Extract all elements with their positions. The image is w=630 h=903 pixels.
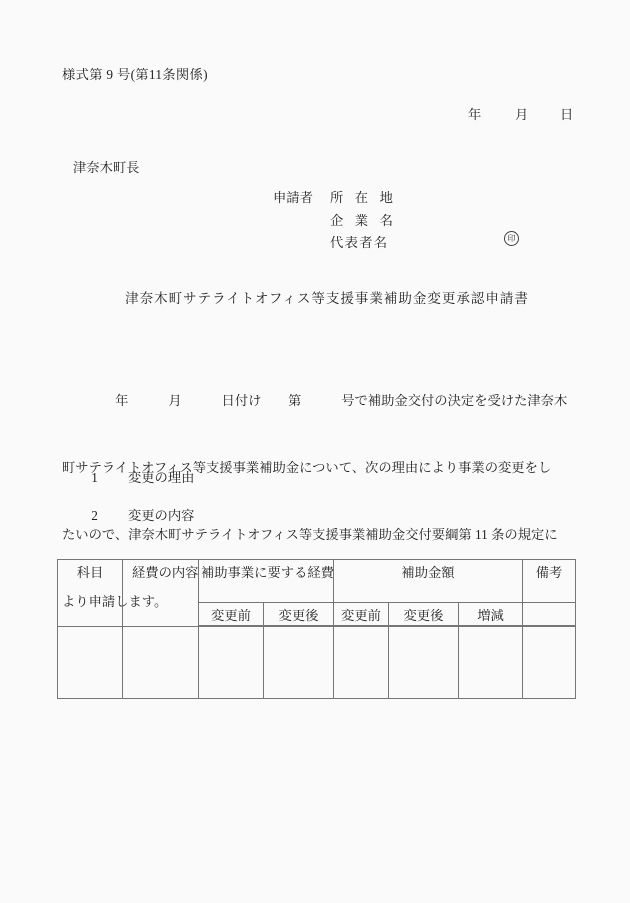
header-cost-after: 変更後 xyxy=(264,603,334,627)
applicant-address-label: 所在地 xyxy=(330,187,404,206)
item-label: 変更の内容 xyxy=(128,508,194,523)
document-page: 様式第 9 号(第11条関係) 年 月 日 津奈木町長 申請者 所在地 企業名 … xyxy=(0,0,630,903)
header-expense-detail: 経費の内容 xyxy=(123,560,199,627)
cell-amount-before xyxy=(334,626,389,699)
applicant-representative-label: 代表者名 xyxy=(330,232,388,251)
cell-subject xyxy=(58,626,123,699)
seal-mark-text: 印 xyxy=(508,235,516,243)
document-title: 津奈木町サテライトオフィス等支援事業補助金変更承認申請書 xyxy=(62,287,592,307)
applicant-label: 申請者 xyxy=(273,187,313,206)
changes-table: 科目 経費の内容 補助事業に要する経費 補助金額 備考 変更前 変更後 変更前 … xyxy=(57,559,576,699)
header-subject: 科目 xyxy=(58,560,123,627)
header-subsidy-amount: 補助金額 xyxy=(334,560,523,603)
date-day-label: 日 xyxy=(560,104,573,123)
date-month-label: 月 xyxy=(515,104,528,123)
cell-amount-after xyxy=(389,626,459,699)
table-row xyxy=(58,626,576,699)
form-number-label: 様式第 9 号(第11条関係) xyxy=(62,64,208,83)
header-project-cost: 補助事業に要する経費 xyxy=(199,560,334,603)
body-line: 年 月 日付け 第 号で補助金交付の決定を受けた津奈木 xyxy=(62,390,576,412)
item-number: 2 xyxy=(91,508,98,523)
cell-cost-before xyxy=(199,626,264,699)
header-remarks: 備考 xyxy=(523,560,576,603)
addressee-label: 津奈木町長 xyxy=(73,157,139,176)
header-cost-before: 変更前 xyxy=(199,603,264,627)
cell-expense-detail xyxy=(123,626,199,699)
date-year-label: 年 xyxy=(468,104,481,123)
header-delta: 増減 xyxy=(459,603,523,627)
header-amount-before: 変更前 xyxy=(334,603,389,627)
changes-table-wrapper: 科目 経費の内容 補助事業に要する経費 補助金額 備考 変更前 変更後 変更前 … xyxy=(57,527,576,731)
applicant-company-label: 企業名 xyxy=(330,210,404,229)
item-label: 変更の理由 xyxy=(128,470,194,485)
cell-cost-after xyxy=(264,626,334,699)
header-remarks-empty-cell xyxy=(523,603,576,627)
seal-icon: 印 xyxy=(504,231,519,246)
item-number: 1 xyxy=(91,470,98,485)
cell-delta xyxy=(459,626,523,699)
header-amount-after: 変更後 xyxy=(389,603,459,627)
cell-remarks xyxy=(523,626,576,699)
